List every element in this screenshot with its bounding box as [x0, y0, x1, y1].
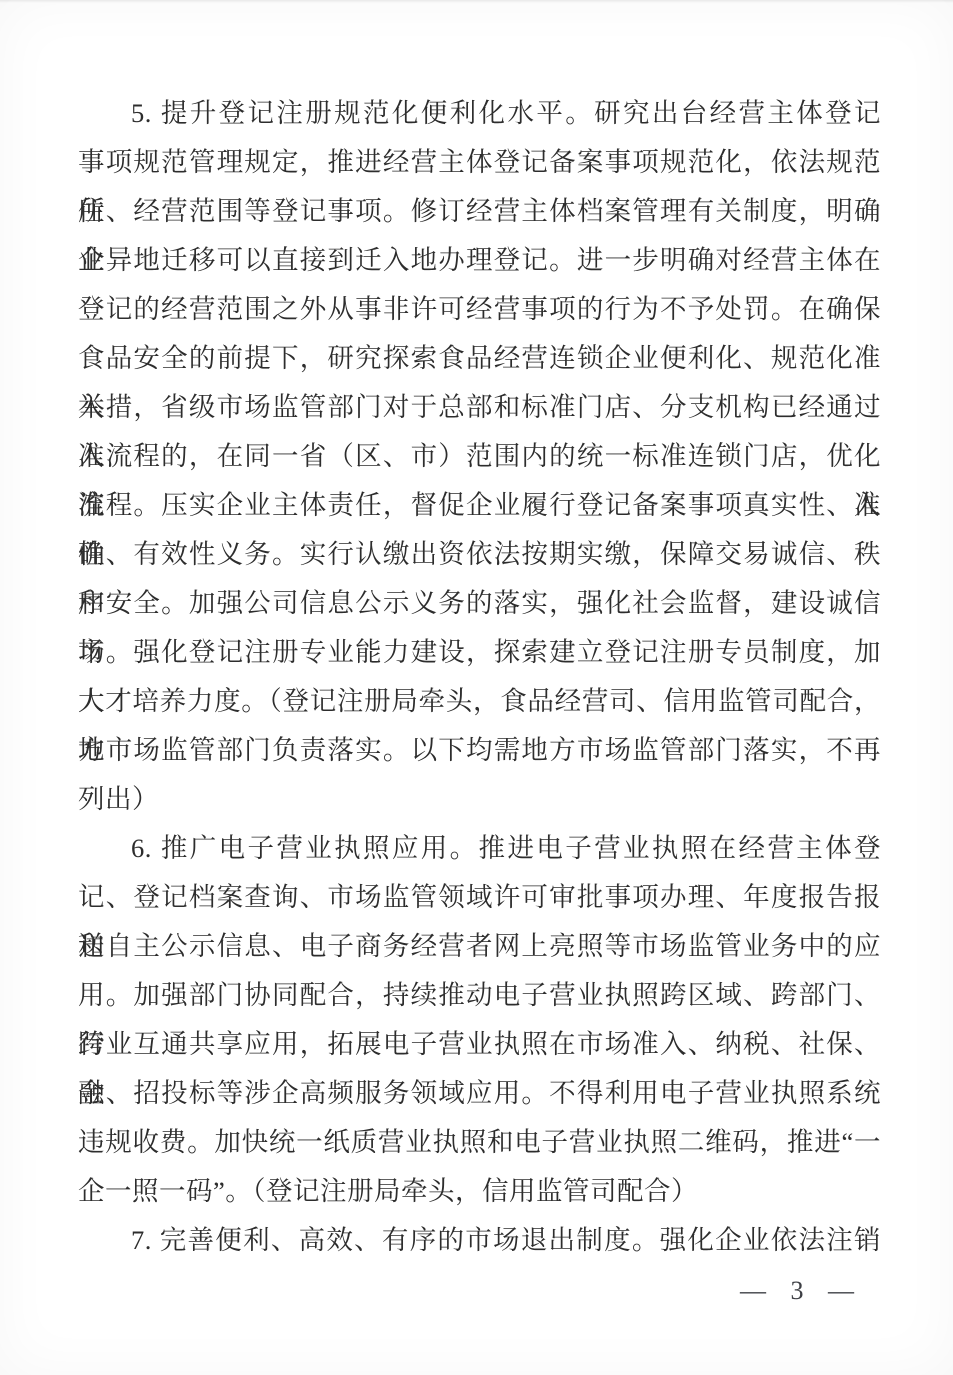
document-line: 食品安全的前提下，研究探索食品经营连锁企业便利化、规范化准入: [78, 334, 881, 383]
paragraph-5: 5. 提升登记注册规范化便利化水平。研究出台经营主体登记事项规范管理规定，推进经…: [78, 89, 881, 824]
document-line: 业异地迁移可以直接到迁入地办理登记。进一步明确对经营主体在: [78, 236, 881, 285]
document-line: 7. 完善便利、高效、有序的市场退出制度。强化企业依法注销: [78, 1216, 881, 1265]
document-line: 用。加强部门协同配合，持续推动电子营业执照跨区域、跨部门、跨: [78, 971, 881, 1020]
document-line: 人才培养力度。（登记注册局牵头，食品经营司、信用监管司配合，地: [78, 677, 881, 726]
document-line: 场。强化登记注册专业能力建设，探索建立登记注册专员制度，加大: [78, 628, 881, 677]
page-number: — 3 —: [740, 1276, 855, 1305]
document-line: 企一照一码”。（登记注册局牵头，信用监管司配合）: [78, 1167, 881, 1216]
document-line: 入流程的，在同一省（区、市）范围内的统一标准连锁门店，优化准入: [78, 432, 881, 481]
document-line: 违规收费。加快统一纸质营业执照和电子营业执照二维码，推进“一: [78, 1118, 881, 1167]
document-line: 性、有效性义务。实行认缴出资依法按期实缴，保障交易诚信、秩序: [78, 530, 881, 579]
document-line: 行业互通共享应用，拓展电子营业执照在市场准入、纳税、社保、金: [78, 1020, 881, 1069]
document-line: 6. 推广电子营业执照应用。推进电子营业执照在经营主体登: [78, 824, 881, 873]
document-line: 举措，省级市场监管部门对于总部和标准门店、分支机构已经通过准: [78, 383, 881, 432]
document-line: 记、登记档案查询、市场监管领域许可审批事项办理、年度报告报送: [78, 873, 881, 922]
document-line: 融、招投标等涉企高频服务领域应用。不得利用电子营业执照系统: [78, 1069, 881, 1118]
document-page: 5. 提升登记注册规范化便利化水平。研究出台经营主体登记事项规范管理规定，推进经…: [0, 0, 953, 1375]
paragraph-6: 6. 推广电子营业执照应用。推进电子营业执照在经营主体登记、登记档案查询、市场监…: [78, 824, 881, 1216]
paragraph-7: 7. 完善便利、高效、有序的市场退出制度。强化企业依法注销: [78, 1216, 881, 1265]
document-line: 事项规范管理规定，推进经营主体登记备案事项规范化，依法规范住: [78, 138, 881, 187]
document-line: 和安全。加强公司信息公示义务的落实，强化社会监督，建设诚信市: [78, 579, 881, 628]
document-line: 列出）: [78, 775, 881, 824]
document-line: 流程。压实企业主体责任，督促企业履行登记备案事项真实性、准确: [78, 481, 881, 530]
document-line: 方市场监管部门负责落实。以下均需地方市场监管部门落实，不再: [78, 726, 881, 775]
document-line: 登记的经营范围之外从事非许可经营事项的行为不予处罚。在确保: [78, 285, 881, 334]
document-line: 所、经营范围等登记事项。修订经营主体档案管理有关制度，明确企: [78, 187, 881, 236]
document-line: 5. 提升登记注册规范化便利化水平。研究出台经营主体登记: [78, 89, 881, 138]
document-line: 和自主公示信息、电子商务经营者网上亮照等市场监管业务中的应: [78, 922, 881, 971]
page-footer: — 3 —: [0, 1276, 953, 1306]
document-content: 5. 提升登记注册规范化便利化水平。研究出台经营主体登记事项规范管理规定，推进经…: [78, 89, 881, 1265]
